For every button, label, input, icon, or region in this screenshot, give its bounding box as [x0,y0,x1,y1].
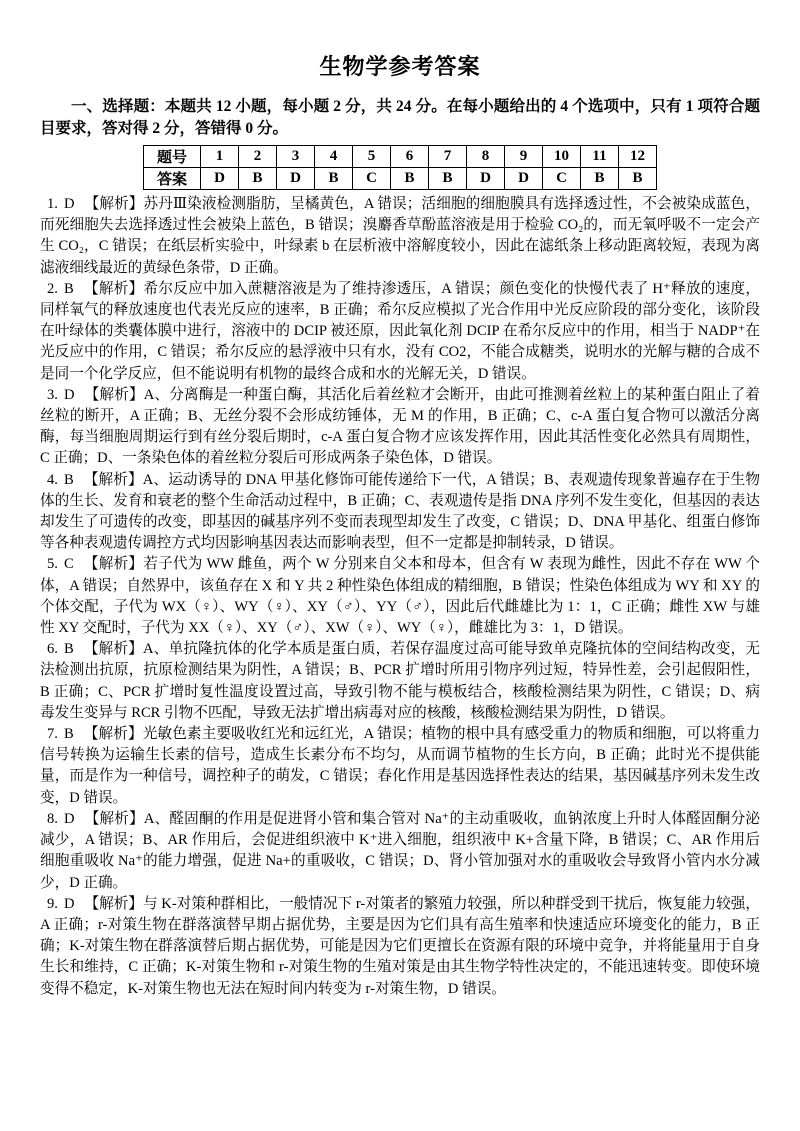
item-number: 4. [47,472,58,488]
analysis-tag: 【解析】 [84,726,143,742]
analysis-tag: 【解析】 [85,196,144,212]
question-number-cell: 11 [581,146,619,168]
item-number: 5. [47,556,58,572]
explanation-item-5: 5.C【解析】若子代为 WW 雌鱼，两个 W 分别来自父本和母本，但含有 W 表… [40,554,760,639]
item-answer: C [64,556,74,572]
question-number-cell: 3 [277,146,315,168]
explanation-item-7: 7.B【解析】光敏色素主要吸收红光和远红光，A 错误；植物的根中具有感受重力的物… [40,724,760,809]
item-answer: D [64,811,75,827]
section-heading: 一、选择题：本题共 12 小题，每小题 2 分，共 24 分。在每小题给出的 4… [40,96,760,140]
question-number-cell: 12 [619,146,657,168]
item-answer: D [64,196,75,212]
analysis-tag: 【解析】 [84,281,144,297]
analysis-tag: 【解析】 [85,811,144,827]
answer-cell: C [543,168,581,190]
item-number: 9. [47,896,58,912]
analysis-tag: 【解析】 [84,472,143,488]
answer-cell: B [239,168,277,190]
explanation-item-1: 1.D【解析】苏丹Ⅲ染液检测脂肪，呈橘黄色，A 错误；活细胞的细胞膜具有选择透过… [40,194,760,279]
question-number-cell: 7 [429,146,467,168]
analysis-text: 希尔反应中加入蔗糖溶液是为了维持渗透压，A 错误；颜色变化的快慢代表了 H⁺释放… [40,281,760,382]
answer-cell: C [353,168,391,190]
question-number-cell: 1 [201,146,239,168]
analysis-text: A、运动诱导的 DNA 甲基化修饰可能传递给下一代，A 错误；B、表观遗传现象普… [40,472,760,552]
page-title: 生物学参考答案 [40,50,760,81]
item-number: 2. [47,281,58,297]
item-answer: B [64,281,74,297]
question-number-cell: 8 [467,146,505,168]
item-number: 6. [47,641,58,657]
analysis-text: 若子代为 WW 雌鱼，两个 W 分别来自父本和母本，但含有 W 表现为雌性，因此… [40,556,760,636]
analysis-text: 光敏色素主要吸收红光和远红光，A 错误；植物的根中具有感受重力的物质和细胞，可以… [40,726,760,806]
analysis-tag: 【解析】 [85,896,144,912]
item-answer: B [64,641,74,657]
answer-cell: D [505,168,543,190]
explanation-item-8: 8.D【解析】A、醛固酮的作用是促进肾小管和集合管对 Na⁺的主动重吸收，血钠浓… [40,809,760,894]
item-answer: B [64,726,74,742]
answer-cell: B [315,168,353,190]
analysis-text: 与 K-对策种群相比，一般情况下 r-对策者的繁殖力较强，所以种群受到干扰后，恢… [40,896,760,997]
answer-cell: D [467,168,505,190]
question-number-cell: 4 [315,146,353,168]
answer-label-cell: 答案 [144,168,201,190]
analysis-text: A、单抗隆抗体的化学本质是蛋白质，若保存温度过高可能导致单克隆抗体的空间结构改变… [40,641,760,721]
item-answer: D [64,387,75,403]
explanation-item-2: 2.B【解析】希尔反应中加入蔗糖溶液是为了维持渗透压，A 错误；颜色变化的快慢代… [40,279,760,385]
question-number-cell: 6 [391,146,429,168]
item-answer: D [64,896,75,912]
answer-cell: B [391,168,429,190]
answer-cell: D [277,168,315,190]
explanation-item-3: 3.D【解析】A、分离酶是一种蛋白酶，其活化后着丝粒才会断开，由此可推测着丝粒上… [40,385,760,470]
answer-cell: B [429,168,467,190]
document-page: 生物学参考答案 一、选择题：本题共 12 小题，每小题 2 分，共 24 分。在… [0,0,800,1131]
answer-cell: D [201,168,239,190]
analysis-tag: 【解析】 [84,556,144,572]
answer-cell: B [619,168,657,190]
explanation-item-6: 6.B【解析】A、单抗隆抗体的化学本质是蛋白质，若保存温度过高可能导致单克隆抗体… [40,639,760,724]
answer-table: 题号 1 2 3 4 5 6 7 8 9 10 11 12 答案 D B D B… [143,145,657,190]
question-number-cell: 5 [353,146,391,168]
question-number-row: 题号 1 2 3 4 5 6 7 8 9 10 11 12 [144,146,657,168]
analysis-text: A、分离酶是一种蛋白酶，其活化后着丝粒才会断开，由此可推测着丝粒上的某种蛋白阻止… [40,387,760,467]
question-number-cell: 10 [543,146,581,168]
explanation-item-4: 4.B【解析】A、运动诱导的 DNA 甲基化修饰可能传递给下一代，A 错误；B、… [40,470,760,555]
answer-cell: B [581,168,619,190]
question-number-cell: 2 [239,146,277,168]
item-number: 8. [47,811,58,827]
explanation-list: 1.D【解析】苏丹Ⅲ染液检测脂肪，呈橘黄色，A 错误；活细胞的细胞膜具有选择透过… [40,194,760,1000]
explanation-item-9: 9.D【解析】与 K-对策种群相比，一般情况下 r-对策者的繁殖力较强，所以种群… [40,894,760,1000]
analysis-text: A、醛固酮的作用是促进肾小管和集合管对 Na⁺的主动重吸收，血钠浓度上升时人体醛… [40,811,760,891]
answer-row: 答案 D B D B C B B D D C B B [144,168,657,190]
item-number: 1. [47,196,58,212]
analysis-text: 苏丹Ⅲ染液检测脂肪，呈橘黄色，A 错误；活细胞的细胞膜具有选择透过性，不会被染成… [40,196,760,276]
analysis-tag: 【解析】 [84,641,143,657]
analysis-tag: 【解析】 [85,387,144,403]
question-number-cell: 9 [505,146,543,168]
item-number: 3. [47,387,58,403]
item-answer: B [64,472,74,488]
question-label-cell: 题号 [144,146,201,168]
item-number: 7. [47,726,58,742]
